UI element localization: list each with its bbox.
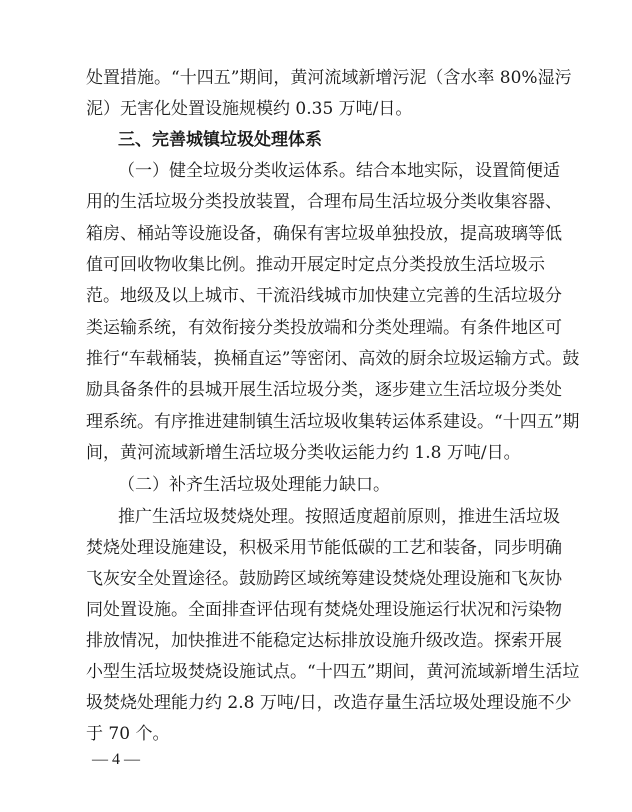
text-line: 理系统。有序推进建制镇生活垃圾收集转运体系建设。“十四五”期 xyxy=(86,411,542,433)
text-line: 类运输系统，有效衔接分类投放端和分类处理端。有条件地区可 xyxy=(86,317,542,339)
text-line: 飞灰安全处置途径。鼓励跨区域统筹建设焚烧处理设施和飞灰协 xyxy=(86,568,542,590)
text-line: 泥）无害化处置设施规模约 0.35 万吨/日。 xyxy=(86,98,542,120)
document-page: 处置措施。“十四五”期间，黄河流域新增污泥（含水率 80%湿污 泥）无害化处置设… xyxy=(0,0,632,812)
text-line: 推广生活垃圾焚烧处理。按照适度超前原则，推进生活垃圾 xyxy=(118,506,542,528)
subsection-1-line: （一）健全垃圾分类收运体系。结合本地实际，设置简便适 xyxy=(118,160,542,182)
text-line: 用的生活垃圾分类投放装置，合理布局生活垃圾分类收集容器、 xyxy=(86,191,542,213)
text-line: 焚烧处理设施建设，积极采用节能低碳的工艺和装备，同步明确 xyxy=(86,537,542,559)
text-line: 处置措施。“十四五”期间，黄河流域新增污泥（含水率 80%湿污 xyxy=(86,67,542,89)
text-line: 箱房、桶站等设施设备，确保有害垃圾单独投放，提高玻璃等低 xyxy=(86,223,542,245)
text-line: 于 70 个。 xyxy=(86,723,542,745)
text-line: 同处置设施。全面排查评估现有焚烧处理设施运行状况和污染物 xyxy=(86,599,542,621)
page-number: — 4 — xyxy=(92,749,140,771)
text-line: 推行“车载桶装，换桶直运”等密闭、高效的厨余垃圾运输方式。鼓 xyxy=(86,348,542,370)
text-line: 排放情况，加快推进不能稳定达标排放设施升级改造。探索开展 xyxy=(86,630,542,652)
text-line: 小型生活垃圾焚烧设施试点。“十四五”期间，黄河流域新增生活垃 xyxy=(86,661,542,683)
text-line: 励具备条件的县城开展生活垃圾分类，逐步建立生活垃圾分类处 xyxy=(86,379,542,401)
text-line: 圾焚烧处理能力约 2.8 万吨/日，改造存量生活垃圾处理设施不少 xyxy=(86,692,542,714)
subsection-2-heading: （二）补齐生活垃圾处理能力缺口。 xyxy=(118,474,542,496)
text-line: 值可回收物收集比例。推动开展定时定点分类投放生活垃圾示 xyxy=(86,254,542,276)
text-line: 间，黄河流域新增生活垃圾分类收运能力约 1.8 万吨/日。 xyxy=(86,442,542,464)
text-line: 范。地级及以上城市、干流沿线城市加快建立完善的生活垃圾分 xyxy=(86,285,542,307)
section-heading: 三、完善城镇垃圾处理体系 xyxy=(118,129,542,151)
